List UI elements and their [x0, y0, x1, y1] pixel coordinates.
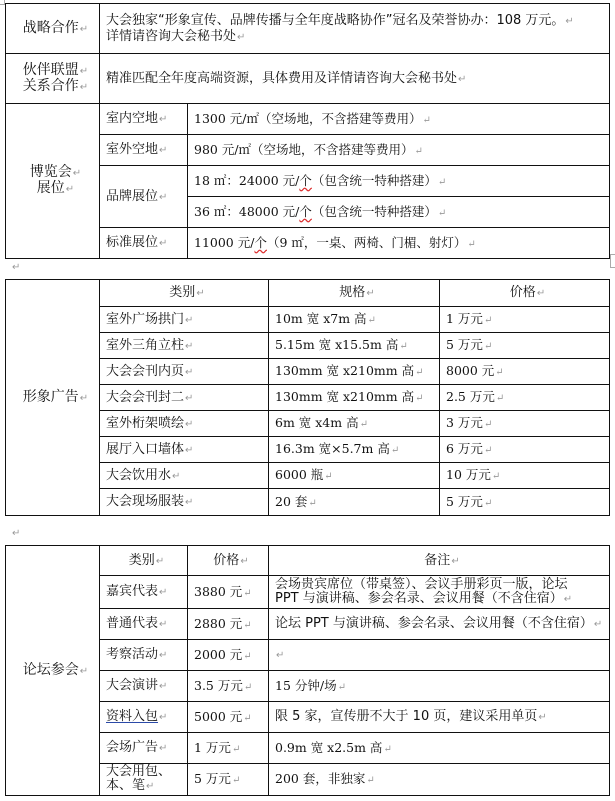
forum-price-cell[interactable]: 2000 元↵	[188, 640, 269, 671]
forum-category-cell[interactable]: 普通代表↵	[100, 609, 188, 640]
table-row-expo-indoor: 博览会↵ 展位↵ 室内空地↵ 1300 元/㎡（空场地，不含搭建等费用）↵	[6, 104, 610, 135]
ad-category-cell[interactable]: 室外广场拱门↵	[100, 307, 269, 333]
ad-spec-cell[interactable]: 5.15m 宽 x15.5m 高↵	[269, 333, 440, 359]
forum-note-cell[interactable]: 会场贵宾席位（带桌签）、会议手册彩页一版，论坛 PPT 与演讲稿、参会名录、会议…	[269, 576, 610, 609]
ad-price-cell[interactable]: 2.5 万元↵	[440, 385, 610, 411]
expo-type-cell[interactable]: 标准展位↵	[100, 228, 188, 259]
forum-price-cell[interactable]: 3.5 万元↵	[188, 671, 269, 702]
ad-spec-cell[interactable]: 6m 宽 x4m 高↵	[269, 411, 440, 437]
forum-note-cell[interactable]: ↵	[269, 640, 610, 671]
row-label-forum[interactable]: 论坛参会↵	[6, 546, 100, 796]
expo-type-cell[interactable]: 室内空地↵	[100, 104, 188, 135]
partnership-expo-table: 战略合作↵ 大会独家“形象宣传、品牌传播与全年度战略协作”冠名及荣誉协办：108…	[5, 3, 610, 259]
ad-category-cell[interactable]: 展厅入口墙体↵	[100, 437, 269, 463]
ad-price-cell[interactable]: 1 万元↵	[440, 307, 610, 333]
spellcheck-flag: 个	[254, 235, 267, 250]
ad-spec-cell[interactable]: 130mm 宽 x210mm 高↵	[269, 385, 440, 411]
forum-price-cell[interactable]: 1 万元↵	[188, 733, 269, 764]
ad-category-cell[interactable]: 大会会刊封二↵	[100, 385, 269, 411]
column-header-note: 备注↵	[269, 546, 610, 576]
forum-category-cell[interactable]: 考察活动↵	[100, 640, 188, 671]
row-label-strategic[interactable]: 战略合作↵	[6, 4, 100, 54]
expo-price-cell[interactable]: 11000 元/个（9 ㎡，一桌、两椅、门楣、射灯）↵	[188, 228, 610, 259]
table-header-row: 形象广告↵ 类别↵ 规格↵ 价格↵	[6, 280, 610, 307]
column-header-price: 价格↵	[188, 546, 269, 576]
paragraph-mark: ↵	[12, 262, 20, 273]
forum-price-cell[interactable]: 3880 元↵	[188, 576, 269, 609]
forum-category-cell[interactable]: 资料入包↵	[100, 702, 188, 733]
strategic-content-line-2: 详情请咨询大会秘书处↵	[106, 29, 609, 45]
row-label-image-ads[interactable]: 形象广告↵	[6, 280, 100, 516]
expo-price-cell[interactable]: 36 ㎡：48000 元/个（包含统一特种搭建）↵	[188, 197, 610, 228]
ad-category-cell[interactable]: 大会现场服装↵	[100, 489, 269, 516]
spellcheck-flag: 个	[299, 173, 312, 188]
forum-note-cell[interactable]: 200 套，非独家↵	[269, 764, 610, 796]
paragraph-mark: ↵	[12, 528, 20, 539]
grammar-flag: 资料入包	[106, 709, 158, 724]
forum-category-cell[interactable]: 大会用包、 本、笔↵	[100, 764, 188, 796]
ad-price-cell[interactable]: 8000 元↵	[440, 359, 610, 385]
ad-spec-cell[interactable]: 130mm 宽 x210mm 高↵	[269, 359, 440, 385]
column-header-category: 类别↵	[100, 546, 188, 576]
expo-type-cell[interactable]: 品牌展位↵	[100, 166, 188, 228]
table-header-row: 论坛参会↵ 类别↵ 价格↵ 备注↵	[6, 546, 610, 576]
forum-category-cell[interactable]: 大会演讲↵	[100, 671, 188, 702]
table-row-alliance: 伙伴联盟↵ 关系合作↵ 精准匹配全年度高端资源，具体费用及详情请咨询大会秘书处↵	[6, 54, 610, 104]
table-end-marker	[610, 254, 615, 268]
ad-price-cell[interactable]: 3 万元↵	[440, 411, 610, 437]
ad-spec-cell[interactable]: 6000 瓶↵	[269, 463, 440, 489]
ad-spec-cell[interactable]: 20 套↵	[269, 489, 440, 516]
forum-note-cell[interactable]: 限 5 家，宣传册不大于 10 页，建议采用单页↵	[269, 702, 610, 733]
ad-price-cell[interactable]: 5 万元↵	[440, 333, 610, 359]
forum-note-cell[interactable]: 15 分钟/场↵	[269, 671, 610, 702]
forum-note-cell[interactable]: 论坛 PPT 与演讲稿、参会名录、会议用餐（不含住宿）↵	[269, 609, 610, 640]
column-header-spec: 规格↵	[269, 280, 440, 307]
forum-price-cell[interactable]: 5 万元↵	[188, 764, 269, 796]
expo-price-cell[interactable]: 980 元/㎡（空场地，不含搭建等费用）↵	[188, 135, 610, 166]
row-label-alliance[interactable]: 伙伴联盟↵ 关系合作↵	[6, 54, 100, 104]
ad-category-cell[interactable]: 室外桁架喷绘↵	[100, 411, 269, 437]
ad-spec-cell[interactable]: 10m 宽 x7m 高↵	[269, 307, 440, 333]
forum-category-cell[interactable]: 会场广告↵	[100, 733, 188, 764]
ad-category-cell[interactable]: 大会会刊内页↵	[100, 359, 269, 385]
expo-type-cell[interactable]: 室外空地↵	[100, 135, 188, 166]
ad-spec-cell[interactable]: 16.3m 宽×5.7m 高↵	[269, 437, 440, 463]
column-header-price: 价格↵	[440, 280, 610, 307]
ad-price-cell[interactable]: 5 万元↵	[440, 489, 610, 516]
expo-price-cell[interactable]: 18 ㎡：24000 元/个（包含统一特种搭建）↵	[188, 166, 610, 197]
alliance-content-cell[interactable]: 精准匹配全年度高端资源，具体费用及详情请咨询大会秘书处↵	[100, 54, 610, 104]
forum-price-cell[interactable]: 2880 元↵	[188, 609, 269, 640]
ad-category-cell[interactable]: 室外三角立柱↵	[100, 333, 269, 359]
spellcheck-flag: 个	[299, 204, 312, 219]
strategic-content-cell[interactable]: 大会独家“形象宣传、品牌传播与全年度战略协作”冠名及荣誉协办：108 万元。↵ …	[100, 4, 610, 54]
expo-price-cell[interactable]: 1300 元/㎡（空场地，不含搭建等费用）↵	[188, 104, 610, 135]
forum-category-cell[interactable]: 嘉宾代表↵	[100, 576, 188, 609]
image-ads-table: 形象广告↵ 类别↵ 规格↵ 价格↵ 室外广场拱门↵ 10m 宽 x7m 高↵ 1…	[5, 279, 610, 516]
row-label-expo[interactable]: 博览会↵ 展位↵	[6, 104, 100, 259]
ad-price-cell[interactable]: 10 万元↵	[440, 463, 610, 489]
forum-table: 论坛参会↵ 类别↵ 价格↵ 备注↵ 嘉宾代表↵ 3880 元↵ 会场贵宾席位（带…	[5, 545, 610, 796]
forum-price-cell[interactable]: 5000 元↵	[188, 702, 269, 733]
ad-category-cell[interactable]: 大会饮用水↵	[100, 463, 269, 489]
table-row-strategic: 战略合作↵ 大会独家“形象宣传、品牌传播与全年度战略协作”冠名及荣誉协办：108…	[6, 4, 610, 54]
ad-price-cell[interactable]: 6 万元↵	[440, 437, 610, 463]
strategic-content-line-1: 大会独家“形象宣传、品牌传播与全年度战略协作”冠名及荣誉协办：108 万元。↵	[106, 13, 609, 29]
column-header-category: 类别↵	[100, 280, 269, 307]
forum-note-cell[interactable]: 0.9m 宽 x2.5m 高↵	[269, 733, 610, 764]
